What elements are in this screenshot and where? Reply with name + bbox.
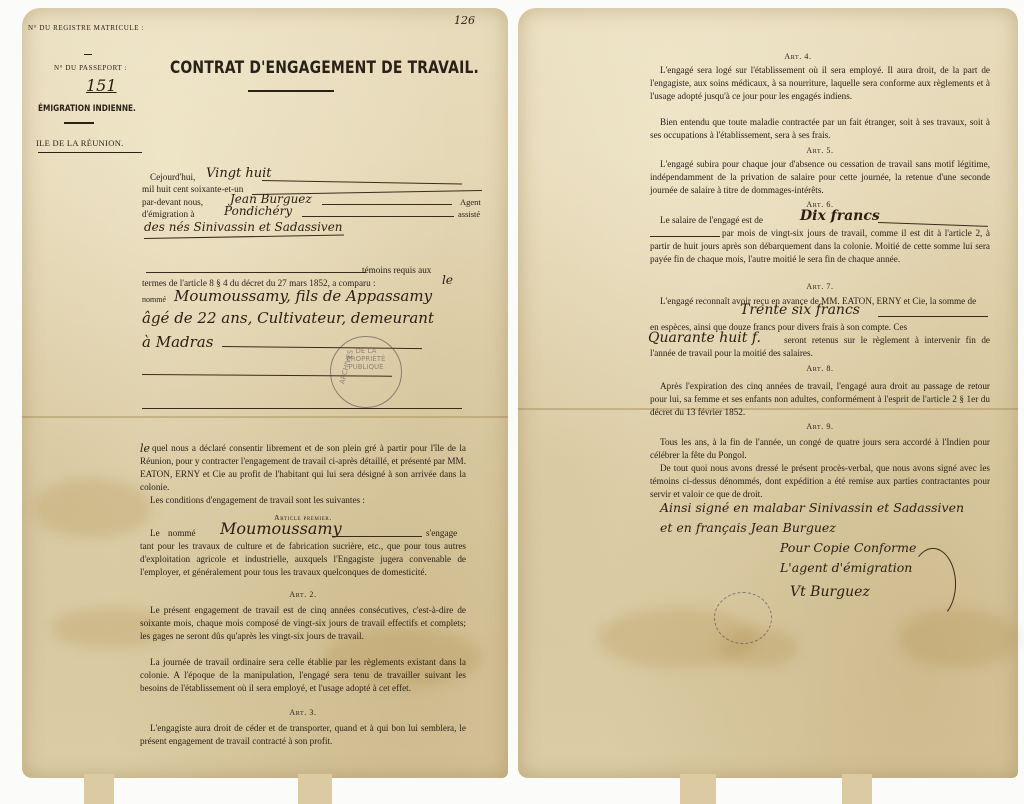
article-7-tail: seront retenus sur le règlement à interv… [650,334,990,360]
article-2-heading: Art. 2. [140,590,466,599]
article-6-paragraph: par mois de vingt-six jours de travail, … [650,227,990,266]
article-9-paragraph-1: Tous les ans, à la fin de l'année, un co… [650,436,990,462]
article-4-paragraph-2: Bien entendu que toute maladie contracté… [650,116,990,142]
signature-flourish [910,548,956,620]
article-1-text: tant pour les travaux de culture et de f… [140,540,466,579]
article-4-heading: Art. 4. [628,52,968,61]
article-2-paragraph-2: La journée de travail ordinaire sera cel… [140,656,466,695]
assiste: assisté [458,208,480,221]
article-2-paragraph-1: Le présent engagement de travail est de … [140,604,466,643]
registre-label: N° du registre matricule : [28,24,144,32]
archives-stamp: DE LA PROPRIÉTÉ PUBLIQUE ARCHIVES [330,336,402,408]
intro-paragraph: quel nous a déclaré consentir librement … [140,442,466,494]
advance-handwritten: Trente six francs [740,302,860,318]
handwritten-note-1: Ainsi signé en malabar Sinivassin et Sad… [660,500,964,515]
article-5-heading: Art. 5. [650,146,990,155]
torn-tab [298,774,332,804]
passeport-label: N° du passeport : [54,64,127,72]
passeport-number: 151 [86,76,117,95]
article-3-paragraph: L'engagiste aura droit de céder et de tr… [140,722,466,748]
left-page: 126 N° du registre matricule : N° du pas… [22,8,508,778]
nomme: nommé [142,293,166,306]
ile-heading: ILE DE LA RÉUNION. [36,138,124,148]
person-handwritten-2: âgé de 22 ans, Cultivateur, demeurant [142,309,434,327]
salary-handwritten: Dix francs [800,208,880,224]
date-handwritten: Vingt huit [206,166,272,181]
temoins: témoins requis aux [362,264,431,277]
art1-le: Le [150,527,160,540]
witnesses-handwritten: des nés Sinivassin et Sadassiven [144,220,343,234]
seal-stamp [714,592,772,644]
year-line: mil huit cent soixante-et-un [142,183,243,196]
page-number: 126 [454,14,475,27]
art1-name-handwritten: Moumoussamy [220,519,342,538]
article-8-paragraph: Après l'expiration des cinq années de tr… [650,380,990,419]
fold-line [22,416,508,418]
right-page: Art. 4. L'engagé sera logé sur l'établis… [518,8,1018,778]
emigration-heading: ÉMIGRATION INDIENNE. [38,104,136,114]
place-handwritten: Pondichéry [224,204,292,218]
article-4-paragraph-1: L'engagé sera logé sur l'établissement o… [650,64,990,103]
torn-tab [842,774,872,804]
document-title: CONTRAT D'ENGAGEMENT DE TRAVAIL. [170,58,479,78]
certification-line-1: Pour Copie Conforme [780,540,916,555]
conditions-intro: Les conditions d'engagement de travail s… [150,494,365,507]
certification-line-2: L'agent d'émigration [780,560,912,575]
handwritten-note-2: et en français Jean Burguez [660,520,836,535]
torn-tab [84,774,114,804]
art1-sengage: s'engage [426,527,457,540]
person-handwritten-3: à Madras [142,333,213,351]
article-8-heading: Art. 8. [650,364,990,373]
article-5-paragraph: L'engagé subira pour chaque jour d'absen… [650,158,990,197]
art1-nomme: nommé [168,527,196,540]
article-9-paragraph-2: De tout quoi nous avons dressé le présen… [650,462,990,501]
article-9-heading: Art. 9. [650,422,990,431]
person-handwritten-1: Moumoussamy, fils de Appassamy [174,287,432,305]
torn-tab [680,774,716,804]
signature: Vt Burguez [790,584,870,600]
article-7-heading: Art. 7. [650,282,990,291]
article-3-heading: Art. 3. [140,708,466,717]
article-6-lead: Le salaire de l'engagé est de [660,214,763,227]
le-handwritten: le [442,273,453,287]
